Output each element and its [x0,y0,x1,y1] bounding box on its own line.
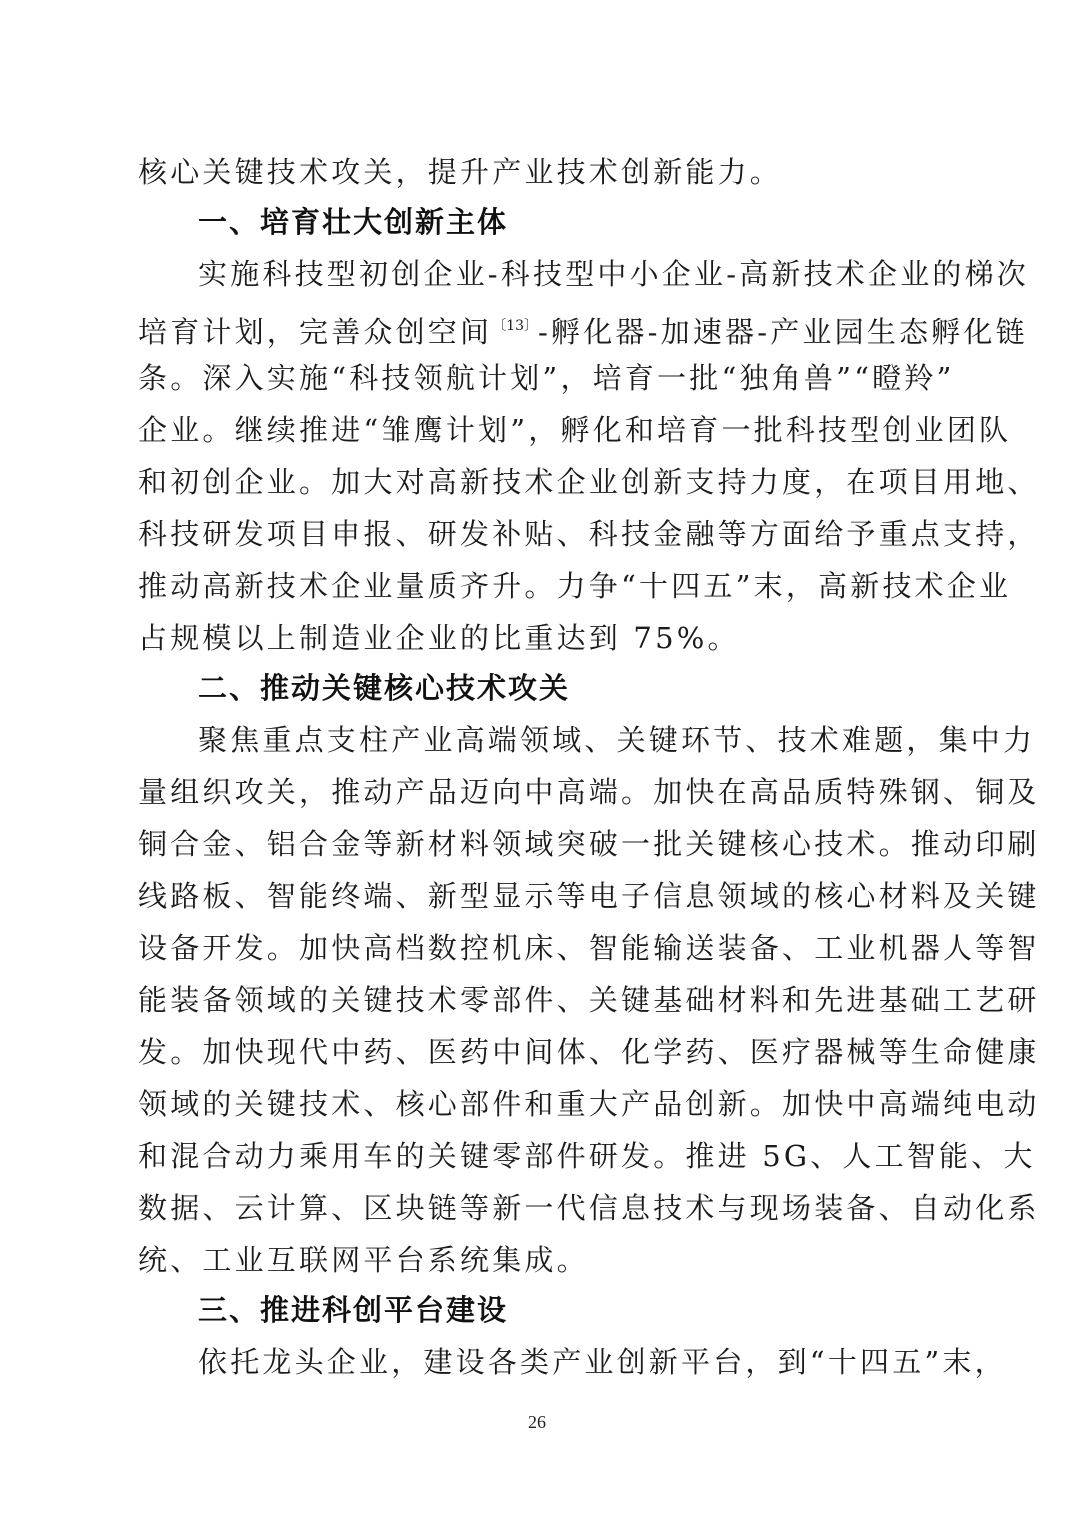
footnote-reference[interactable]: 〔13〕 [492,318,538,334]
paragraph-line: 统、工业互联网平台系统集成。 [138,1240,589,1280]
paragraph-line: 核心关键技术攻关，提升产业技术创新能力。 [138,152,782,192]
paragraph-text: 培育计划，完善众创空间 [138,315,492,349]
section-heading-2: 二、推动关键核心技术攻关 [198,668,570,708]
paragraph-line: 线路板、智能终端、新型显示等电子信息领域的核心材料及关键 [138,876,1040,916]
paragraph-line: 企业。继续推进“雏鹰计划”，孵化和培育一批科技型创业团队 [138,410,1011,450]
paragraph-line: 科技研发项目申报、研发补贴、科技金融等方面给予重点支持， [138,514,1040,554]
paragraph-line: 和混合动力乘用车的关键零部件研发。推进 5G、人工智能、大 [138,1136,1036,1176]
paragraph-line: 能装备领域的关键技术零部件、关键基础材料和先进基础工艺研 [138,980,1040,1020]
paragraph-line: 依托龙头企业，建设各类产业创新平台，到“十四五”末， [198,1342,1007,1382]
paragraph-line: 数据、云计算、区块链等新一代信息技术与现场装备、自动化系 [138,1188,1040,1228]
paragraph-line: 推动高新技术企业量质齐升。力争“十四五”末，高新技术企业 [138,566,1011,606]
paragraph-line: 铜合金、铝合金等新材料领域突破一批关键核心技术。推动印刷 [138,824,1040,864]
paragraph-line: 量组织攻关，推动产品迈向中高端。加快在高品质特殊钢、铜及 [138,772,1040,812]
paragraph-line: 聚焦重点支柱产业高端领域、关键环节、技术难题，集中力 [198,720,1035,760]
paragraph-line-with-footnote: 培育计划，完善众创空间〔13〕-孵化器-加速器-产业园生态孵化链 [138,306,1028,352]
page-number: 26 [0,1412,1074,1433]
paragraph-line: 发。加快现代中药、医药中间体、化学药、医疗器械等生命健康 [138,1032,1040,1072]
paragraph-line: 占规模以上制造业企业的比重达到 75%。 [138,618,740,658]
paragraph-line: 实施科技型初创企业-科技型中小企业-高新技术企业的梯次 [198,254,1029,294]
paragraph-line: 领域的关键技术、核心部件和重大产品创新。加快中高端纯电动 [138,1084,1040,1124]
document-page: 核心关键技术攻关，提升产业技术创新能力。 一、培育壮大创新主体 实施科技型初创企… [0,0,1074,1520]
paragraph-text: -孵化器-加速器-产业园生态孵化链 [538,315,1028,349]
section-heading-3: 三、推进科创平台建设 [198,1290,508,1330]
paragraph-line: 设备开发。加快高档数控机床、智能输送装备、工业机器人等智 [138,928,1040,968]
section-heading-1: 一、培育壮大创新主体 [198,202,508,242]
paragraph-line: 和初创企业。加大对高新技术企业创新支持力度，在项目用地、 [138,462,1040,502]
paragraph-line: 条。深入实施“科技领航计划”，培育一批“独角兽”“瞪羚” [138,358,955,398]
